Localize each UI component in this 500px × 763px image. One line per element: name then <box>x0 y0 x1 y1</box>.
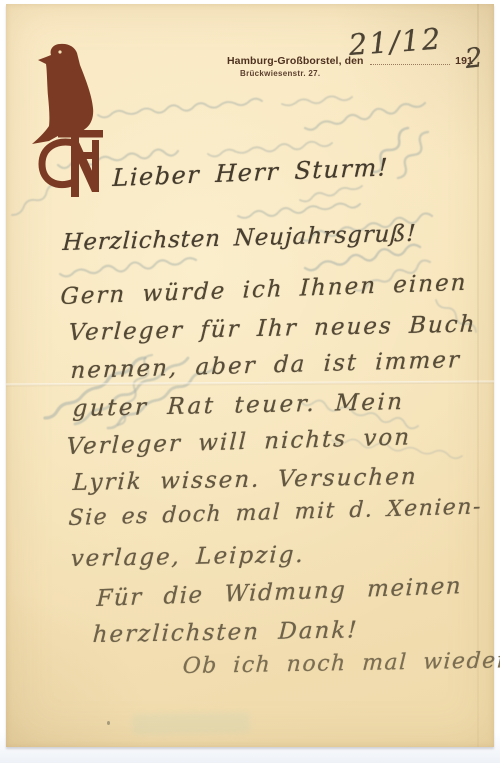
handwritten-date: 21/12 <box>348 22 444 62</box>
handwritten-line: guter Rat teuer. Mein <box>72 389 405 422</box>
paper-speck <box>107 721 110 725</box>
letterhead-dotted-line <box>370 63 451 65</box>
handwritten-line: Lieber Herr Sturm! <box>112 153 389 192</box>
handwritten-line: nennen, aber da ist immer <box>70 347 461 384</box>
letter-paper: Hamburg-Großborstel, den 191 Brückwiesen… <box>6 4 494 747</box>
handwritten-line: Verleger für Ihr neues Buch <box>68 311 477 346</box>
handwritten-line: Lyrik wissen. Versuchen <box>72 464 418 496</box>
handwritten-line: Verleger will nichts von <box>66 424 412 460</box>
handwritten-line: herzlichsten Dank! <box>92 617 359 648</box>
handwritten-line: Sie es doch mal mit d. Xenien- <box>68 494 482 531</box>
stamp-bleedthrough <box>132 712 250 735</box>
handwritten-line: Gern würde ich Ihnen einen <box>60 270 468 310</box>
handwritten-year-digit: 2 <box>464 42 484 75</box>
letterhead-city: Hamburg-Großborstel, den <box>227 55 364 67</box>
handwritten-line: Herzlichsten Neujahrsgruß! <box>62 221 417 256</box>
edge-crease <box>477 4 479 747</box>
falcon-on-monogram-icon <box>24 40 114 205</box>
handwritten-line: verlage, Leipzig. <box>70 542 305 572</box>
letterhead-street: Brückwiesenstr. 27. <box>240 69 473 78</box>
letter-scan: Hamburg-Großborstel, den 191 Brückwiesen… <box>0 0 500 763</box>
handwritten-line: Für die Widmung meinen <box>96 573 463 612</box>
handwritten-line: Ob ich noch mal wieder <box>182 648 500 679</box>
